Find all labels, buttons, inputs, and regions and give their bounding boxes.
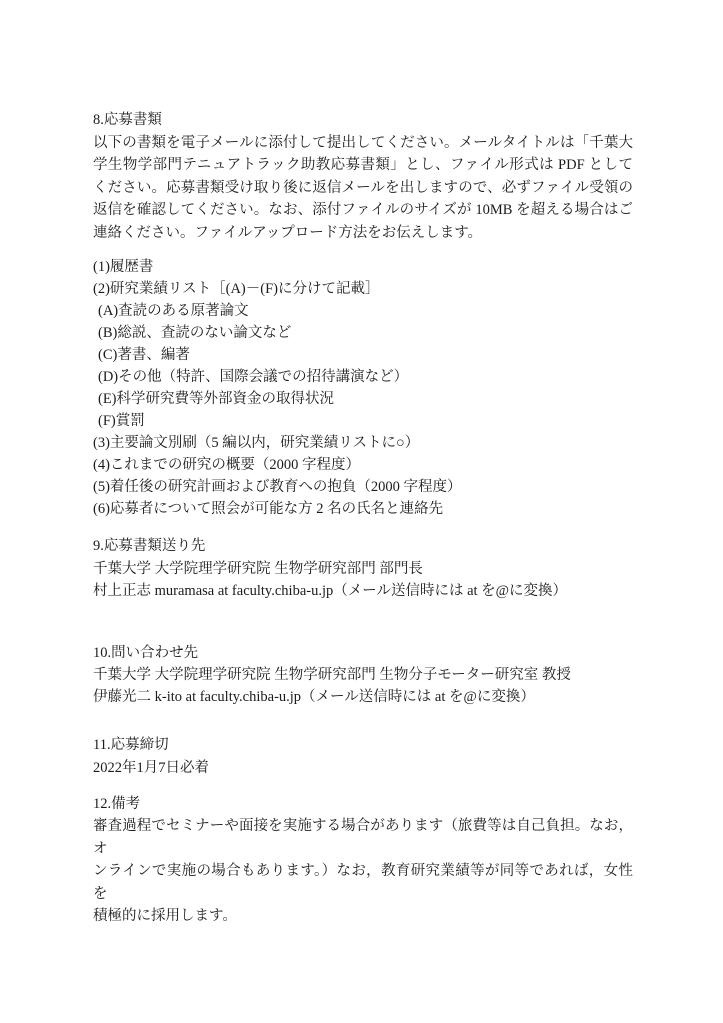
list-item: (2)研究業績リスト［(A)－(F)に分けて記載］ [93, 278, 633, 300]
list-item: 千葉大学 大学院理学研究院 生物学研究部門 生物分子モーター研究室 教授 [93, 664, 633, 686]
application-documents-list: (1)履歴書(2)研究業績リスト［(A)－(F)に分けて記載］(A)査読のある原… [93, 256, 633, 520]
section-heading: 8.応募書類 [93, 109, 633, 132]
contact-info: 千葉大学 大学院理学研究院 生物学研究部門 生物分子モーター研究室 教授伊藤光二… [93, 664, 633, 708]
paragraph-line: 審査過程でセミナーや面接を実施する場合があります（旅費等は自己負担。なお，オ [93, 815, 633, 860]
section-heading: 12.備考 [93, 793, 633, 816]
paragraph-line: 返信を確認してください。なお、添付ファイルのサイズが 10MB を超える場合はご [93, 199, 633, 222]
list-item: (3)主要論文別刷（5 編以内，研究業績リストに○） [93, 432, 633, 454]
list-item: (4)これまでの研究の概要（2000 字程度） [93, 454, 633, 476]
list-item: (B)総説、査読のない論文など [93, 322, 633, 344]
list-item: 千葉大学 大学院理学研究院 生物学研究部門 部門長 [93, 558, 633, 580]
list-item: (6)応募者について照会が可能な方 2 名の氏名と連絡先 [93, 498, 633, 520]
submission-address: 千葉大学 大学院理学研究院 生物学研究部門 部門長村上正志 muramasa a… [93, 558, 633, 602]
list-item: (5)着任後の研究計画および教育への抱負（2000 字程度） [93, 476, 633, 498]
section-gap [93, 520, 633, 535]
paragraph-line: ンラインで実施の場合もあります。）なお，教育研究業績等が同等であれば，女性を [93, 860, 633, 905]
section-heading: 10.問い合わせ先 [93, 642, 633, 665]
list-item: (E)科学研究費等外部資金の取得状況 [93, 388, 633, 410]
paragraph-line: ください。応募書類受け取り後に返信メールを出しますので、必ずファイル受領の [93, 177, 633, 200]
paragraph-line: 以下の書類を電子メールに添付して提出してください。メールタイトルは「千葉大 [93, 132, 633, 155]
list-item: 2022年1月7日必着 [93, 757, 633, 779]
list-item: (F)賞罰 [93, 410, 633, 432]
section-12-body: 審査過程でセミナーや面接を実施する場合があります（旅費等は自己負担。なお，オンラ… [93, 815, 633, 928]
section-gap [93, 244, 633, 256]
section-gap [93, 779, 633, 793]
document-page: 8.応募書類以下の書類を電子メールに添付して提出してください。メールタイトルは「… [0, 0, 723, 928]
list-item: 村上正志 muramasa at faculty.chiba-u.jp（メール送… [93, 580, 633, 602]
list-item: (1)履歴書 [93, 256, 633, 278]
list-item: (A)査読のある原著論文 [93, 300, 633, 322]
section-gap [93, 602, 633, 642]
list-item: 伊藤光二 k-ito at faculty.chiba-u.jp（メール送信時に… [93, 686, 633, 708]
paragraph-line: 積極的に採用します。 [93, 905, 633, 928]
paragraph-line: 連絡ください。ファイルアップロード方法をお伝えします。 [93, 222, 633, 245]
paragraph-line: 学生物学部門テニュアトラック助教応募書類」とし、ファイル形式は PDF として [93, 154, 633, 177]
document-body: 8.応募書類以下の書類を電子メールに添付して提出してください。メールタイトルは「… [93, 109, 633, 928]
deadline: 2022年1月7日必着 [93, 757, 633, 779]
section-gap [93, 708, 633, 734]
list-item: (D)その他（特許、国際会議での招待講演など） [93, 366, 633, 388]
section-heading: 9.応募書類送り先 [93, 535, 633, 558]
section-heading: 11.応募締切 [93, 734, 633, 757]
list-item: (C)著書、編著 [93, 344, 633, 366]
section-8-body: 以下の書類を電子メールに添付して提出してください。メールタイトルは「千葉大学生物… [93, 132, 633, 245]
